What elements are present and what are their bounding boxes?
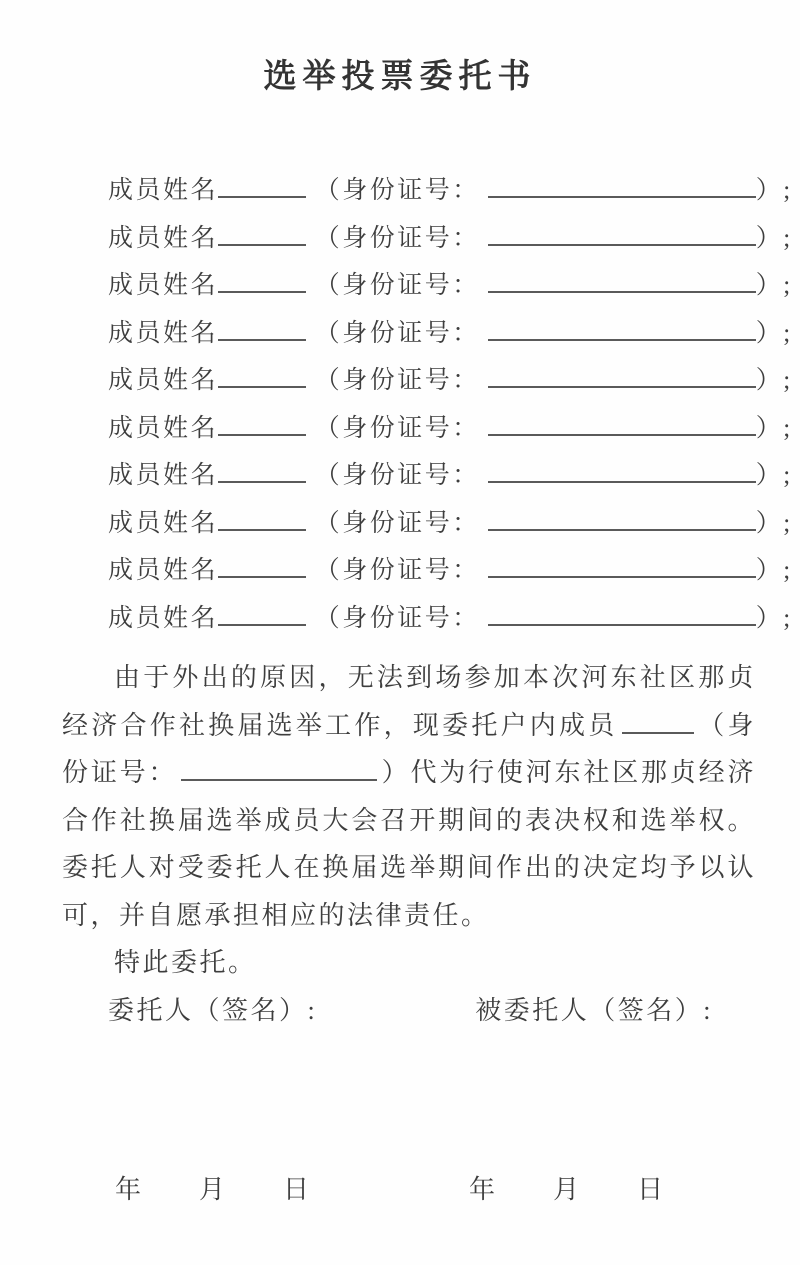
member-line-end: ）; [756, 557, 793, 584]
date-row: 年 月 日 年 月 日 [115, 1166, 800, 1214]
proxy-member-id-blank [181, 777, 377, 781]
principal-signature-label: 委托人（签名）: [108, 987, 317, 1035]
member-line-end: ）; [756, 367, 793, 394]
member-name-label: 成员姓名 [108, 415, 218, 442]
agent-date-group: 年 月 日 [469, 1166, 663, 1214]
member-line: 成员姓名 （身份证号：）; [108, 262, 762, 310]
member-id-blank [488, 479, 756, 483]
member-id-label: （身份证号： [315, 557, 480, 584]
principal-date-group: 年 月 日 [115, 1166, 309, 1214]
member-line: 成员姓名 （身份证号：）; [108, 357, 762, 405]
member-list: 成员姓名 （身份证号：）; 成员姓名 （身份证号：）; 成员姓名 （身份证号：）… [108, 167, 762, 642]
member-id-blank [488, 432, 756, 436]
member-line: 成员姓名 （身份证号：）; [108, 500, 762, 548]
member-id-label: （身份证号： [315, 320, 480, 347]
member-id-blank [488, 242, 756, 246]
document-title: 选举投票委托书 [0, 0, 800, 97]
member-line-end: ）; [756, 320, 793, 347]
member-name-blank [218, 289, 306, 293]
member-name-label: 成员姓名 [108, 605, 218, 632]
member-id-blank [488, 289, 756, 293]
closing-statement: 特此委托。 [62, 939, 756, 987]
member-name-label: 成员姓名 [108, 367, 218, 394]
year-label: 年 [469, 1166, 495, 1214]
member-line-end: ）; [756, 177, 793, 204]
month-label: 月 [199, 1166, 225, 1214]
member-name-label: 成员姓名 [108, 510, 218, 537]
day-label: 日 [283, 1166, 309, 1214]
agent-signature-label: 被委托人（签名）: [475, 987, 713, 1035]
member-line: 成员姓名 （身份证号：）; [108, 405, 762, 453]
member-line-end: ）; [756, 225, 793, 252]
member-name-blank [218, 242, 306, 246]
member-id-blank [488, 527, 756, 531]
member-id-blank [488, 194, 756, 198]
proxy-document-page: 选举投票委托书 成员姓名 （身份证号：）; 成员姓名 （身份证号：）; 成员姓名… [0, 0, 800, 1265]
signature-row: 委托人（签名）: 被委托人（签名）: [108, 987, 800, 1035]
proxy-member-name-blank [622, 730, 694, 734]
member-id-blank [488, 384, 756, 388]
member-line: 成员姓名 （身份证号：）; [108, 452, 762, 500]
delegation-text-segment-1: 由于外出的原因，无法到场参加本次河东社区那贞经济合作社换届选举工作，现委托户内成… [62, 663, 756, 740]
member-name-blank [218, 337, 306, 341]
member-line: 成员姓名 （身份证号：）; [108, 215, 762, 263]
member-id-label: （身份证号： [315, 462, 480, 489]
member-line-end: ）; [756, 605, 793, 632]
year-label: 年 [115, 1166, 141, 1214]
member-line: 成员姓名 （身份证号：）; [108, 595, 762, 643]
day-label: 日 [637, 1166, 663, 1214]
member-name-blank [218, 432, 306, 436]
delegation-paragraph: 由于外出的原因，无法到场参加本次河东社区那贞经济合作社换届选举工作，现委托户内成… [62, 654, 756, 939]
member-id-blank [488, 622, 756, 626]
member-id-blank [488, 574, 756, 578]
member-name-blank [218, 527, 306, 531]
member-name-label: 成员姓名 [108, 272, 218, 299]
member-id-label: （身份证号： [315, 225, 480, 252]
member-name-label: 成员姓名 [108, 225, 218, 252]
member-name-label: 成员姓名 [108, 557, 218, 584]
member-id-blank [488, 337, 756, 341]
member-id-label: （身份证号： [315, 415, 480, 442]
member-line: 成员姓名 （身份证号：）; [108, 310, 762, 358]
member-id-label: （身份证号： [315, 272, 480, 299]
member-name-label: 成员姓名 [108, 320, 218, 347]
member-name-blank [218, 384, 306, 388]
member-name-blank [218, 574, 306, 578]
member-id-label: （身份证号： [315, 510, 480, 537]
member-line-end: ）; [756, 272, 793, 299]
member-id-label: （身份证号： [315, 177, 480, 204]
member-name-blank [218, 194, 306, 198]
member-line-end: ）; [756, 462, 793, 489]
month-label: 月 [553, 1166, 579, 1214]
member-name-label: 成员姓名 [108, 177, 218, 204]
member-name-blank [218, 622, 306, 626]
member-line-end: ）; [756, 510, 793, 537]
member-line: 成员姓名 （身份证号：）; [108, 547, 762, 595]
member-line-end: ）; [756, 415, 793, 442]
member-line: 成员姓名 （身份证号：）; [108, 167, 762, 215]
member-name-blank [218, 479, 306, 483]
member-id-label: （身份证号： [315, 367, 480, 394]
member-name-label: 成员姓名 [108, 462, 218, 489]
member-id-label: （身份证号： [315, 605, 480, 632]
